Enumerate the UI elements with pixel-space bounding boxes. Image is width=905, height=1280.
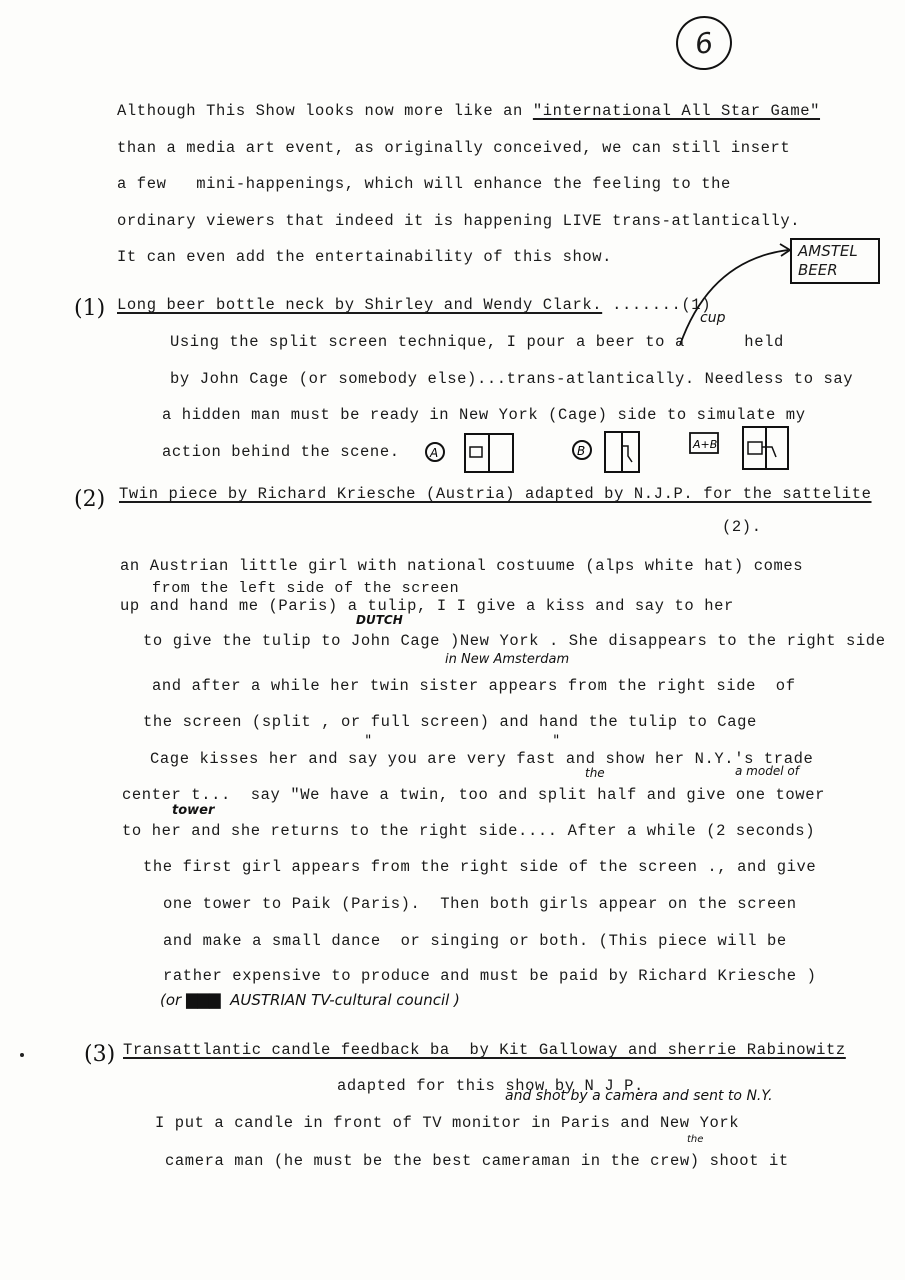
new-amsterdam-annotation: in New Amsterdam <box>445 652 569 667</box>
section-line: by John Cage (or somebody else)...trans-… <box>170 370 853 388</box>
section-line: I put a candle in front of TV monitor in… <box>155 1114 739 1132</box>
section-title: Long beer bottle neck by Shirley and Wen… <box>117 296 711 314</box>
intro-line-2: than a media art event, as originally co… <box>117 139 790 157</box>
amstel-beer-annotation: AMSTEL BEER <box>790 238 880 284</box>
intro-line-1: Although This Show looks now more like a… <box>117 102 820 120</box>
section-line: Using the split screen technique, I pour… <box>170 333 784 351</box>
quote-annotation: " <box>553 733 559 749</box>
section-line: to her and she returns to the right side… <box>122 822 815 840</box>
a-model-of-annotation: a model of <box>735 764 799 778</box>
section-line: one tower to Paik (Paris). Then both gir… <box>163 895 797 913</box>
svg-text:A: A <box>429 446 438 460</box>
section-line: center t... say "We have a twin, too and… <box>122 786 825 804</box>
intro-line-4: ordinary viewers that indeed it is happe… <box>117 212 800 230</box>
section-marker: (2) <box>74 487 105 512</box>
the-annotation: the <box>687 1134 703 1145</box>
section-line: the first girl appears from the right si… <box>143 858 816 876</box>
section-line: rather expensive to produce and must be … <box>163 967 817 985</box>
tower-annotation: tower <box>172 803 214 818</box>
section-line: a hidden man must be ready in New York (… <box>162 406 806 424</box>
section-line: to give the tulip to John Cage )New York… <box>143 632 886 650</box>
section-line: the screen (split , or full screen) and … <box>143 713 757 731</box>
intro-line-5: It can even add the entertainability of … <box>117 248 612 266</box>
split-screen-diagram-b: B <box>570 428 660 481</box>
dutch-annotation: DUTCH <box>356 613 403 627</box>
page-number: 6 <box>673 12 736 73</box>
quote-annotation: " <box>365 733 371 749</box>
stray-mark <box>20 1053 24 1057</box>
svg-text:A+B: A+B <box>692 438 717 451</box>
section-line: an Austrian little girl with national co… <box>120 557 803 575</box>
cup-annotation: cup <box>700 310 725 326</box>
section-line: up and hand me (Paris) a tulip, I I give… <box>120 597 734 615</box>
intro-line-3: a few mini-happenings, which will enhanc… <box>117 175 731 193</box>
section-title-suffix: (2). <box>722 518 762 536</box>
section-title: Twin piece by Richard Kriesche (Austria)… <box>119 485 872 503</box>
section-line: camera man (he must be the best camerama… <box>165 1152 789 1170</box>
section-line: action behind the scene. <box>162 443 400 461</box>
section-marker: (3) <box>84 1042 115 1067</box>
svg-text:B: B <box>577 444 585 458</box>
shot-by-camera-annotation: and shot by a camera and sent to N.Y. <box>505 1088 773 1104</box>
section-line: and make a small dance or singing or bot… <box>163 932 787 950</box>
underlined-phrase: "international All Star Game" <box>533 102 820 120</box>
split-screen-diagram-ab: A+B <box>688 425 803 480</box>
inserted-line: from the left side of the screen <box>152 580 459 597</box>
the-annotation: the <box>585 766 605 780</box>
section-line: and after a while her twin sister appear… <box>152 677 796 695</box>
section-marker: (1) <box>74 296 105 321</box>
section-line: Cage kisses her and say you are very fas… <box>150 750 813 768</box>
arrow-annotation <box>600 230 800 350</box>
split-screen-diagram-a: A <box>425 430 520 480</box>
council-annotation: (or ▇▇▇ AUSTRIAN TV-cultural council ) <box>160 991 460 1009</box>
section-title: Transattlantic candle feedback ba by Kit… <box>123 1041 846 1059</box>
